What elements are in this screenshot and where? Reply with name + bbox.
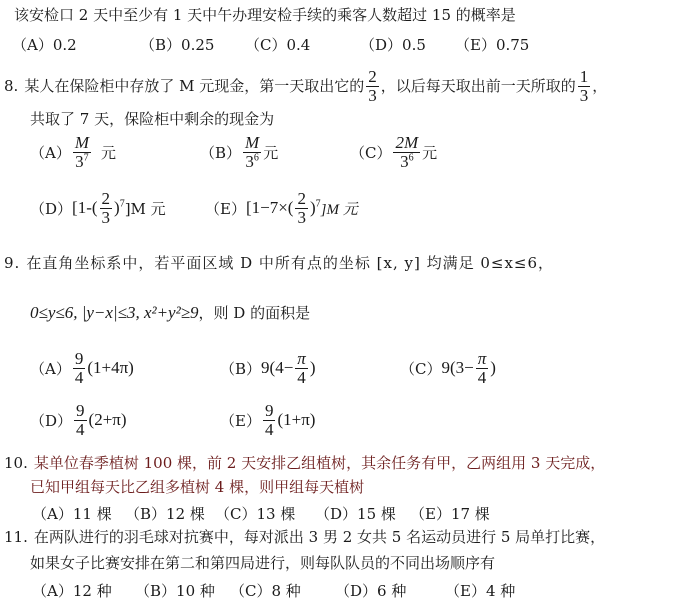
q8-option-d: （D） [1-( 23 )7 ]M 元 [30, 190, 166, 227]
q7-option-c: （C）0.4 [245, 34, 310, 55]
q8-option-b: （B） M36 元 [200, 134, 278, 171]
q10-option-b: （B）12 棵 [125, 503, 205, 524]
q10-stem-line2: 已知甲组每天比乙组多植树 4 棵，则甲组每天植树 [30, 480, 364, 495]
q9-stem-line2: 0≤y≤6, |y−x|≤3, x²+y²≥9，则 D 的面积是 [30, 304, 310, 321]
q10-stem-line1: 10.某单位春季植树 100 棵，前 2 天安排乙组植树，其余任务有甲，乙两组用… [4, 456, 605, 471]
q11-number: 11. [4, 528, 28, 546]
q7-option-b: （B）0.25 [140, 34, 214, 55]
q10-option-d: （D）15 棵 [315, 503, 396, 524]
q9-number: 9. [4, 254, 20, 272]
q10-option-c: （C）13 棵 [215, 503, 295, 524]
q10-option-a: （A）11 棵 [32, 503, 112, 524]
q10-option-e: （E）17 棵 [410, 503, 490, 524]
q7-option-d: （D）0.5 [360, 34, 426, 55]
q11-stem-line1: 11.在两队进行的羽毛球对抗赛中，每对派出 3 男 2 女共 5 名运动员进行 … [4, 530, 605, 545]
q11-option-e: （E）4 种 [445, 580, 515, 601]
q11-option-d: （D）6 种 [335, 580, 406, 601]
q8-option-e: （E） [1−7×( 23 )7 ]M 元 [205, 190, 358, 227]
q11-option-a: （A）12 种 [32, 580, 112, 601]
q9-option-c: （C） 9(3− π4 ) [400, 350, 496, 387]
q8-stem-part2: ，以后每天取出前一天所取的 [381, 79, 576, 94]
q7-option-e: （E）0.75 [455, 34, 529, 55]
q8-option-a: （A） M37 元 [30, 134, 116, 171]
q9-option-e: （E） 94 (1+π) [220, 402, 315, 439]
q8-stem-part1: 某人在保险柜中存放了 M 元现金，第一天取出它的 [24, 79, 364, 94]
q9-stem-line1: 9.在直角坐标系中，若平面区域 D 中所有点的坐标 [x, y] 均满足 0≤x… [4, 256, 554, 271]
q9-option-b: （B） 9(4− π4 ) [220, 350, 315, 387]
q8-fraction-2-3: 23 [366, 68, 379, 105]
q7-option-a: （A）0.2 [12, 34, 77, 55]
q10-number: 10. [4, 454, 28, 472]
q8-number: 8. [4, 79, 18, 94]
q8-stem: 8. 某人在保险柜中存放了 M 元现金，第一天取出它的 23 ，以后每天取出前一… [4, 68, 607, 105]
q9-option-d: （D） 94 (2+π) [30, 402, 127, 439]
q11-stem-line2: 如果女子比赛安排在第二和第四局进行，则每队队员的不同出场顺序有 [30, 556, 495, 571]
q8-fraction-1-3: 13 [578, 68, 591, 105]
q11-option-c: （C）8 种 [230, 580, 301, 601]
q8-stem-part3: ， [592, 79, 607, 94]
q7-stem: 该安检口 2 天中至少有 1 天中午办理安检手续的乘客人数超过 15 的概率是 [14, 8, 516, 23]
q11-option-b: （B）10 种 [135, 580, 215, 601]
q8-stem-line2: 共取了 7 天，保险柜中剩余的现金为 [30, 112, 274, 127]
q8-option-c: （C） 2M36 元 [350, 134, 437, 171]
q9-option-a: （A） 94 (1+4π) [30, 350, 134, 387]
